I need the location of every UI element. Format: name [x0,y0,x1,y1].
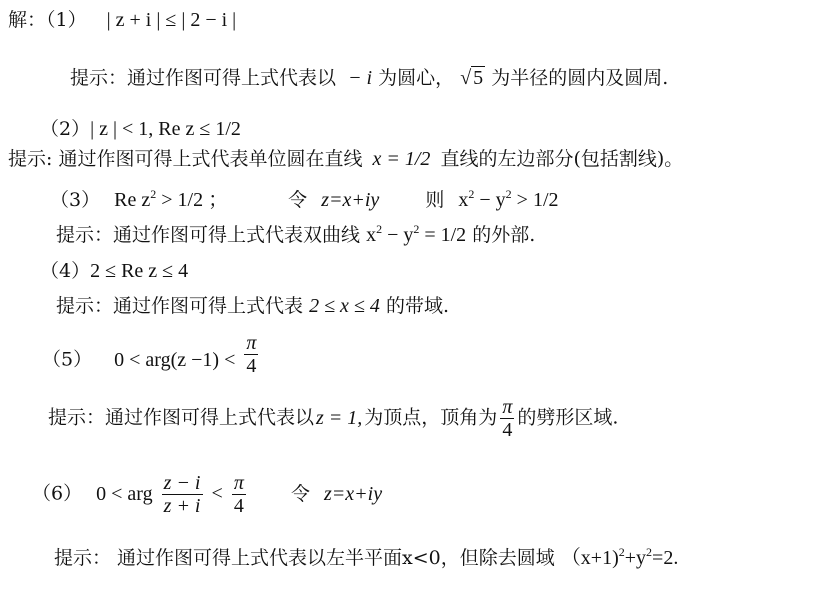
problem-2-label: （2） [40,118,90,140]
problem-4-expression: 2 ≤ Re z ≤ 4 [90,260,188,282]
hint-math: − i [348,67,372,89]
hint-math: 2 ≤ x ≤ 4 [309,295,380,317]
problem-6-hint: 提示： 通过作图可得上式代表以左半平面x<0，但除去圆域 （x+1)2+y2=2… [54,546,678,570]
hint-text: 提示： 通过作图可得上式代表以左半平面x<0，但除去圆域 [54,547,555,569]
problem-5-hint: 提示：通过作图可得上式代表以z = 1,为顶点，顶角为 π 4 的劈形区域. [48,396,618,441]
problem-1-hint: 提示：通过作图可得上式代表以 − i为圆心， √5 为半径的圆内及圆周. [70,66,668,90]
then-label: 则 [425,189,444,211]
problem-6-label: （6） [32,483,82,505]
hint-text: 提示：通过作图可得上式代表以 [70,67,336,89]
hint-math: x2 − y2 = 1/2 [366,224,466,246]
hint-text: 提示：通过作图可得上式代表 [56,295,303,317]
problem-4-statement: （4）2 ≤ Re z ≤ 4 [40,259,188,283]
substitution-expression: z=x+iy [321,189,379,211]
problem-1-statement: 解：（1） | z + i | ≤ | 2 − i | [8,8,236,32]
hint-text: 的劈形区域. [517,407,618,429]
hint-text: 的外部. [472,224,535,246]
sqrt-expression: √5 [460,66,485,90]
problem-2-hint: 提示: 通过作图可得上式代表单位圆在直线 x = 1/2 直线的左边部分(包括割… [8,147,683,171]
problem-4-hint: 提示：通过作图可得上式代表 2 ≤ x ≤ 4 的带域. [56,294,449,318]
let-label: 令 [288,189,307,211]
hint-text: 提示: 通过作图可得上式代表单位圆在直线 [8,148,362,170]
problem-2-statement: （2）| z | < 1, Re z ≤ 1/2 [40,117,241,141]
let-label: 令 [291,483,310,505]
quotient-fraction: z − i z + i [162,472,203,517]
hint-text: 提示：通过作图可得上式代表以 [48,407,314,429]
hint-text: 提示：通过作图可得上式代表双曲线 [56,224,360,246]
hint-math: z = 1, [316,407,362,429]
problem-5-label: （5） [42,349,92,371]
problem-2-expression: | z | < 1, Re z ≤ 1/2 [90,118,241,140]
problem-4-label: （4） [40,260,90,282]
problem-1-label: 解：（1） [8,9,87,31]
hint-text: 为顶点，顶角为 [364,407,497,429]
problem-5-expression: 0 < arg(z −1) < [114,349,235,371]
problem-3-statement: （3） Re z2 > 1/2 ； 令 z=x+iy 则 x2 − y2 > 1… [50,188,559,212]
hint-math: x = 1/2 [373,148,431,170]
hint-math: （x+1)2+y2=2. [561,547,679,569]
problem-5-statement: （5） 0 < arg(z −1) < π 4 [42,338,261,383]
hint-text: 为圆心， [378,67,454,89]
pi-over-4-fraction: π 4 [232,472,246,517]
problem-1-expression: | z + i | ≤ | 2 − i | [107,9,237,31]
pi-over-4-fraction: π 4 [244,332,258,377]
hint-text: 为半径的圆内及圆周. [491,67,668,89]
pi-over-4-fraction: π 4 [500,396,514,441]
problem-6-expression: 0 < arg [96,483,152,505]
problem-6-statement: （6） 0 < arg z − i z + i < π 4 令 z=x+iy [32,472,382,517]
hint-text: 直线的左边部分(包括割线)。 [440,148,683,170]
problem-3-hint: 提示：通过作图可得上式代表双曲线 x2 − y2 = 1/2 的外部. [56,223,535,247]
hint-text: 的带域. [386,295,449,317]
problem-3-label: （3） [50,189,100,211]
substitution-expression: z=x+iy [324,483,382,505]
derived-inequality: x2 − y2 > 1/2 [458,189,558,211]
problem-3-expression: Re z2 > 1/2 ； [114,189,228,211]
